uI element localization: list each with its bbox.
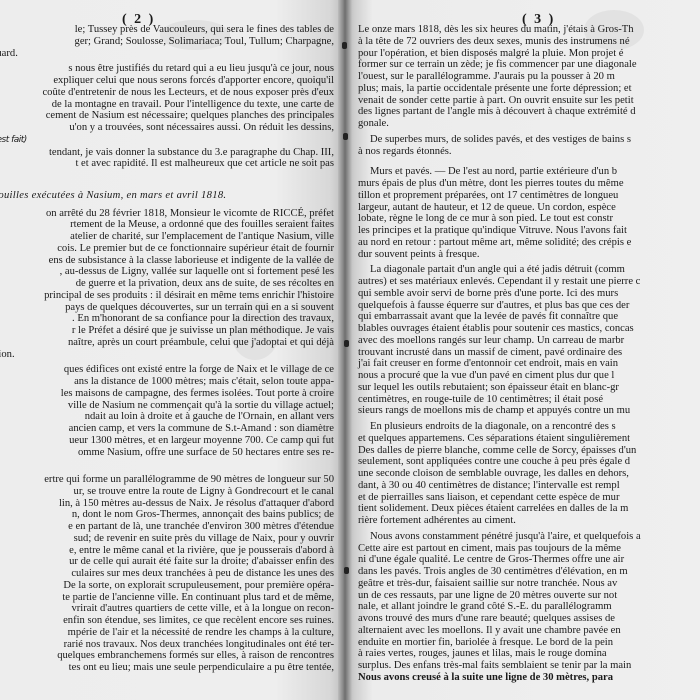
text-line: Murs et pavés. — De l'est au nord, parti… bbox=[358, 166, 700, 178]
text-line: ertre qui forme un parallélogramme de 90… bbox=[0, 474, 334, 486]
text-line: remarquable. bbox=[0, 170, 334, 182]
text-line: quelquefois à fausse équerre sur d'autre… bbox=[358, 300, 700, 312]
text-line: une seconde cloison de semblable ouvrage… bbox=[358, 468, 700, 480]
text-line: les principes et la pratique qu'indique … bbox=[358, 225, 700, 237]
text-line: De superbes murs, de solides pavés, et d… bbox=[358, 134, 700, 146]
text-line: e, entre le même canal et la rivière, qu… bbox=[0, 545, 334, 557]
text-line: coûte d'entretenir de nous les Lecteurs,… bbox=[0, 87, 334, 99]
right-page: ( 3 ) Le onze mars 1818, dès les six heu… bbox=[344, 0, 700, 700]
text-line: Nous avons creusé à la suite une ligne d… bbox=[358, 672, 700, 684]
left-page: ( 2 ) le; Tussey près de Vaucouleurs, qu… bbox=[0, 0, 344, 700]
text-line: sieurs rangs de moellons mis de champ et… bbox=[358, 405, 700, 417]
text-line: seulement, sont appliquées contre une co… bbox=[358, 456, 700, 468]
text-line: pour l'opération, et bien disposés malgr… bbox=[358, 48, 700, 60]
text-line: Des dalles de pierre blanche, comme cell… bbox=[358, 445, 700, 457]
text-line: t et avec rapidité. Il est malheureux qu… bbox=[0, 158, 334, 170]
text-line: au nord en retour : partout même art, mê… bbox=[358, 237, 700, 249]
text-line: et quelques appartemens. Ces séparations… bbox=[358, 433, 700, 445]
binding-tack-icon bbox=[344, 567, 349, 574]
text-line: ur de celle qui aurait été faite sur la … bbox=[0, 556, 334, 568]
binding-tack-icon bbox=[342, 42, 347, 49]
text-line: De la sorte, on explorait scrupuleusemen… bbox=[0, 580, 334, 592]
text-line: dant, à 30 ou 40 centimètres de distance… bbox=[358, 480, 700, 492]
text-line: principal de ses produits : il désirait … bbox=[0, 290, 334, 302]
text-line: dur souvent peints à fresque. bbox=[358, 249, 700, 261]
text-line: n, dont le nom Gros-Thermes, annonçait d… bbox=[0, 509, 334, 521]
text-line: ndait au loin à droite et à gauche de l'… bbox=[0, 411, 334, 423]
text-line: à la tête de 72 ouvriers des deux sexes,… bbox=[358, 36, 700, 48]
text-line: enduite en mortier fin, bariolée à fresq… bbox=[358, 637, 700, 649]
text-line: ques édifices ont existé entre la forge … bbox=[0, 364, 334, 376]
text-line: pays de quelques découvertes, sur un ter… bbox=[0, 302, 334, 314]
text-line: Nous avons constamment pénétré jusqu'à l… bbox=[358, 531, 700, 543]
text-line: murs épais de plus d'un mètre, dont les … bbox=[358, 178, 700, 190]
text-line: Le onze mars 1818, dès les six heures du… bbox=[358, 24, 700, 36]
text-line: r le Préfet a désiré que je suivisse un … bbox=[0, 325, 334, 337]
text-line: autres) et ses matériaux enlevés. Cepend… bbox=[358, 276, 700, 288]
text-line: blables ouvrages étaient établis pour so… bbox=[358, 323, 700, 335]
text-line: sud; de revenir en suite près du village… bbox=[0, 533, 334, 545]
text-line: trouvant incrusté dans un massif de cime… bbox=[358, 347, 700, 359]
text-line: tendant, je vais donner la substance du … bbox=[0, 147, 334, 159]
text-line: culaires sur mes deux tranchées à peu de… bbox=[0, 568, 334, 580]
text-line: l'ouest, sur le parallélogramme. J'aurai… bbox=[358, 71, 700, 83]
text-line: expliquer celui que nous serons forcés d… bbox=[0, 75, 334, 87]
text-line: La diagonale partait d'un angle qui a ét… bbox=[358, 264, 700, 276]
text-line: ancien camp, et vers la commune de S.t-A… bbox=[0, 423, 334, 435]
text-line: vrirait d'autres quartiers de cette vill… bbox=[0, 603, 334, 615]
book-gutter bbox=[338, 0, 352, 700]
text-line: s faire graver. (cela est fait) bbox=[0, 134, 334, 147]
text-line: des lignes partant de l'angle mis à déco… bbox=[358, 106, 700, 118]
binding-tack-icon bbox=[344, 340, 349, 347]
text-line: tes ont eu lieu; mais une seule perpendi… bbox=[0, 662, 334, 674]
text-line: En plusieurs endroits de la diagonale, o… bbox=[358, 421, 700, 433]
binding-tack-icon bbox=[343, 133, 348, 140]
text-line: nous a procuré que la vue d'un pavé en c… bbox=[358, 370, 700, 382]
text-line: rtement de la Meuse, a ordonné que des f… bbox=[0, 219, 334, 231]
text-line: à nos regards étonnés. bbox=[358, 146, 700, 158]
text-line: omme Nasium, offre une surface de 50 hec… bbox=[0, 447, 334, 459]
text-line: avons trouvé des murs d'une rare beauté;… bbox=[358, 613, 700, 625]
text-line: plus; mais, la partie occidentale présen… bbox=[358, 83, 700, 95]
text-line: lin, à 150 mètres au-dessus de Naix. Je … bbox=[0, 498, 334, 510]
text-line: enfin son étendue, ses limites, ce que r… bbox=[0, 615, 334, 627]
text-line: u'on y a trouvées, sont nécessaires auss… bbox=[0, 122, 334, 134]
text-line: quelques embranchemens formés sur elles,… bbox=[0, 650, 334, 662]
text-line: ans la distance de 1000 mètres; mais c'é… bbox=[0, 376, 334, 388]
text-line: à raies vertes, rouges, jaunes et lilas,… bbox=[358, 648, 700, 660]
text-line: tient solidement. Deux pièces étaient ca… bbox=[358, 503, 700, 515]
text-line: surplus. Des enfans très-mal faits sembl… bbox=[358, 660, 700, 672]
text-line: nne, près de Dieulouard. bbox=[0, 48, 334, 60]
text-line: . En m'honorant de sa confiance pour la … bbox=[0, 313, 334, 325]
text-line: lobate, règne le long de ce mur à son pi… bbox=[358, 213, 700, 225]
text-line: et de pierrailles sans liaison, et cepen… bbox=[358, 492, 700, 504]
text-line: geâtre et très-dur, faisaient saillie su… bbox=[358, 578, 700, 590]
text-line: nale, et allant joindre le grand côté S.… bbox=[358, 601, 700, 613]
text-line: naître, après un court préambule, celui … bbox=[0, 337, 334, 349]
text-line: e en partant de là, une tranchée d'envir… bbox=[0, 521, 334, 533]
text-line: Cette aire est partout en ciment, mais p… bbox=[358, 543, 700, 555]
text-line: on arrêté du 28 février 1818, Monsieur l… bbox=[0, 208, 334, 220]
text-line: venait de sonder cette partie à part. On… bbox=[358, 95, 700, 107]
text-line: de la montagne en travail. Pour l'intell… bbox=[0, 99, 334, 111]
text-line: un de ces ressauts, par une ligne de 20 … bbox=[358, 590, 700, 602]
text-line: ueur 1300 mètres, et en largeur moyenne … bbox=[0, 435, 334, 447]
text-line: de guerre et la privation, deux ans de s… bbox=[0, 278, 334, 290]
text-line: les maisons de campagne, des fermes isol… bbox=[0, 388, 334, 400]
text-line: ger; Grand; Soulosse, Solimariaca; Toul,… bbox=[0, 36, 334, 48]
text-line: j'ai fait creuser en forme d'entonnoir c… bbox=[358, 358, 700, 370]
text-line: mens et pomérions. bbox=[0, 458, 334, 470]
text-line: gonale. bbox=[358, 118, 700, 130]
text-line: tillon et proprement préparées, ont 17 c… bbox=[358, 190, 700, 202]
text-line: largeur, autant de hauteur, et 12 de que… bbox=[358, 202, 700, 214]
text-line: atelier de charité, sur l'emplacement de… bbox=[0, 231, 334, 243]
handwritten-annotation: (cela est fait) bbox=[0, 135, 27, 145]
text-line: centimètres, en rouge-tuile de 10 centim… bbox=[358, 394, 700, 406]
text-line: cement de Nasium est nécessaire; quelque… bbox=[0, 110, 334, 122]
text-line: ni d'une égale qualité. Le centre de Gro… bbox=[358, 554, 700, 566]
text-line: dans les pavés. Trois angles de 30 centi… bbox=[358, 566, 700, 578]
text-line: alternaient avec les moellons. Il y avai… bbox=[358, 625, 700, 637]
text-line: ville de Nasium ne commençait qu'à la so… bbox=[0, 400, 334, 412]
text-line: rarié nos travaux. Nos deux tranchées lo… bbox=[0, 639, 334, 651]
text-line: , au-dessus de Ligny, vallée sur laquell… bbox=[0, 266, 334, 278]
text-line: le; Tussey près de Vaucouleurs, qui sera… bbox=[0, 24, 334, 36]
text-line: former sur ce terrain un zède; je fis co… bbox=[358, 59, 700, 71]
text-line: qui semble avoir servi de borne près d'u… bbox=[358, 288, 700, 300]
text-line: ens de subsistance à la classe laborieus… bbox=[0, 255, 334, 267]
right-page-text: Le onze mars 1818, dès les six heures du… bbox=[358, 24, 700, 684]
text-line: sur lequel les outils rebutaient; son ép… bbox=[358, 382, 700, 394]
text-line: qui embarrassait avant que la levée de p… bbox=[358, 311, 700, 323]
section-heading: Fouilles exécutées à Nasium, en mars et … bbox=[0, 190, 334, 202]
text-line: mpérie de l'air et la nécessité de rendr… bbox=[0, 627, 334, 639]
text-line: ur, se trouve entre la route de Ligny à … bbox=[0, 486, 334, 498]
text-line: en partie son exécution. bbox=[0, 349, 334, 361]
text-line: te partie de l'ancienne ville. En contin… bbox=[0, 592, 334, 604]
left-page-text: le; Tussey près de Vaucouleurs, qui sera… bbox=[0, 24, 334, 686]
text-line: cois. Le premier but de ce fonctionnaire… bbox=[0, 243, 334, 255]
text-line: rière fortement adhérentes au ciment. bbox=[358, 515, 700, 527]
text-line: avec des moellons rangés sur leur champ.… bbox=[358, 335, 700, 347]
text-line: s nous être justifiés du retard qui a eu… bbox=[0, 63, 334, 75]
text-line: pas été en vain. bbox=[0, 674, 334, 686]
